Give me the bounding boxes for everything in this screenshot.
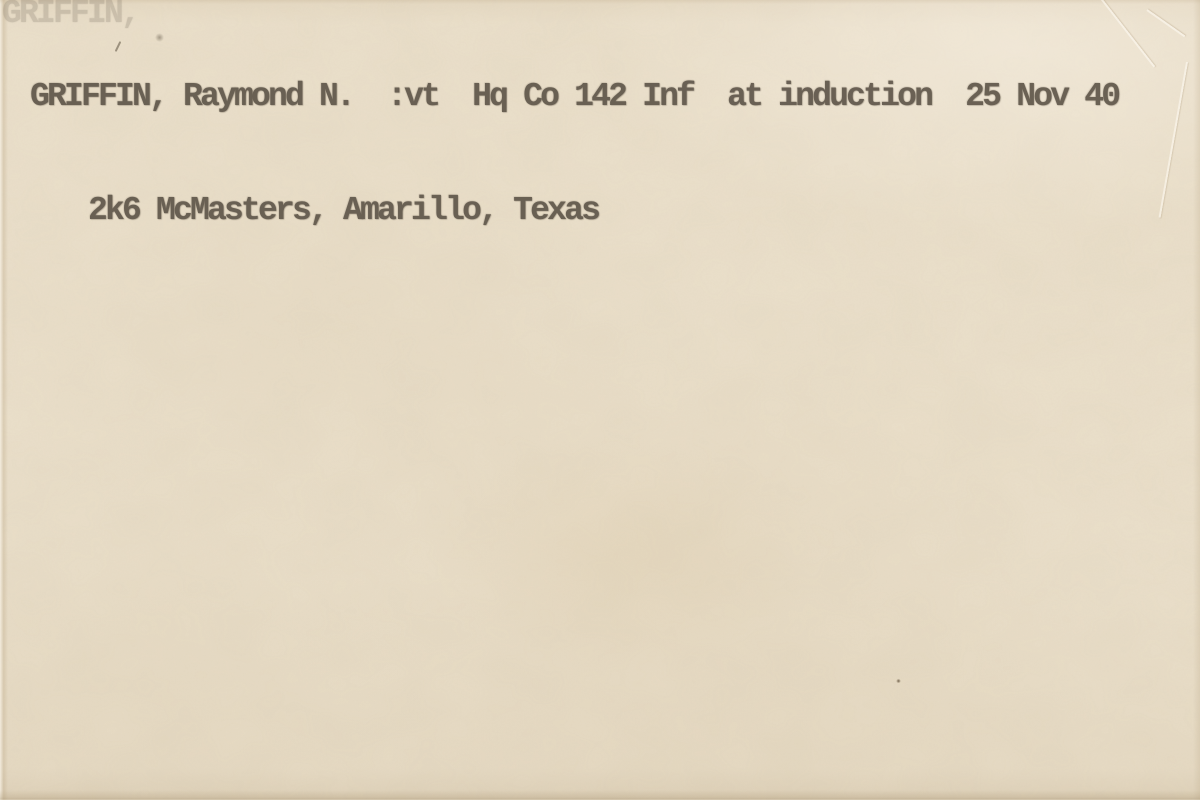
card-left-edge (0, 0, 8, 800)
card-bottom-edge (0, 790, 1200, 800)
typed-line-name-unit-date: GRIFFIN, Raymond N. :vt Hq Co 142 Inf at… (30, 78, 1118, 116)
paper-speck (896, 679, 901, 683)
typed-line-address: 2k6 McMasters, Amarillo, Texas (30, 192, 1118, 230)
index-card: GRIFFIN, Raymond N. :vt Hq Co 142 Inf at… (0, 0, 1200, 800)
typed-text-block: GRIFFIN, Raymond N. :vt Hq Co 142 Inf at… (30, 2, 1118, 306)
ink-smudge (155, 33, 164, 42)
card-right-edge (1193, 0, 1200, 800)
